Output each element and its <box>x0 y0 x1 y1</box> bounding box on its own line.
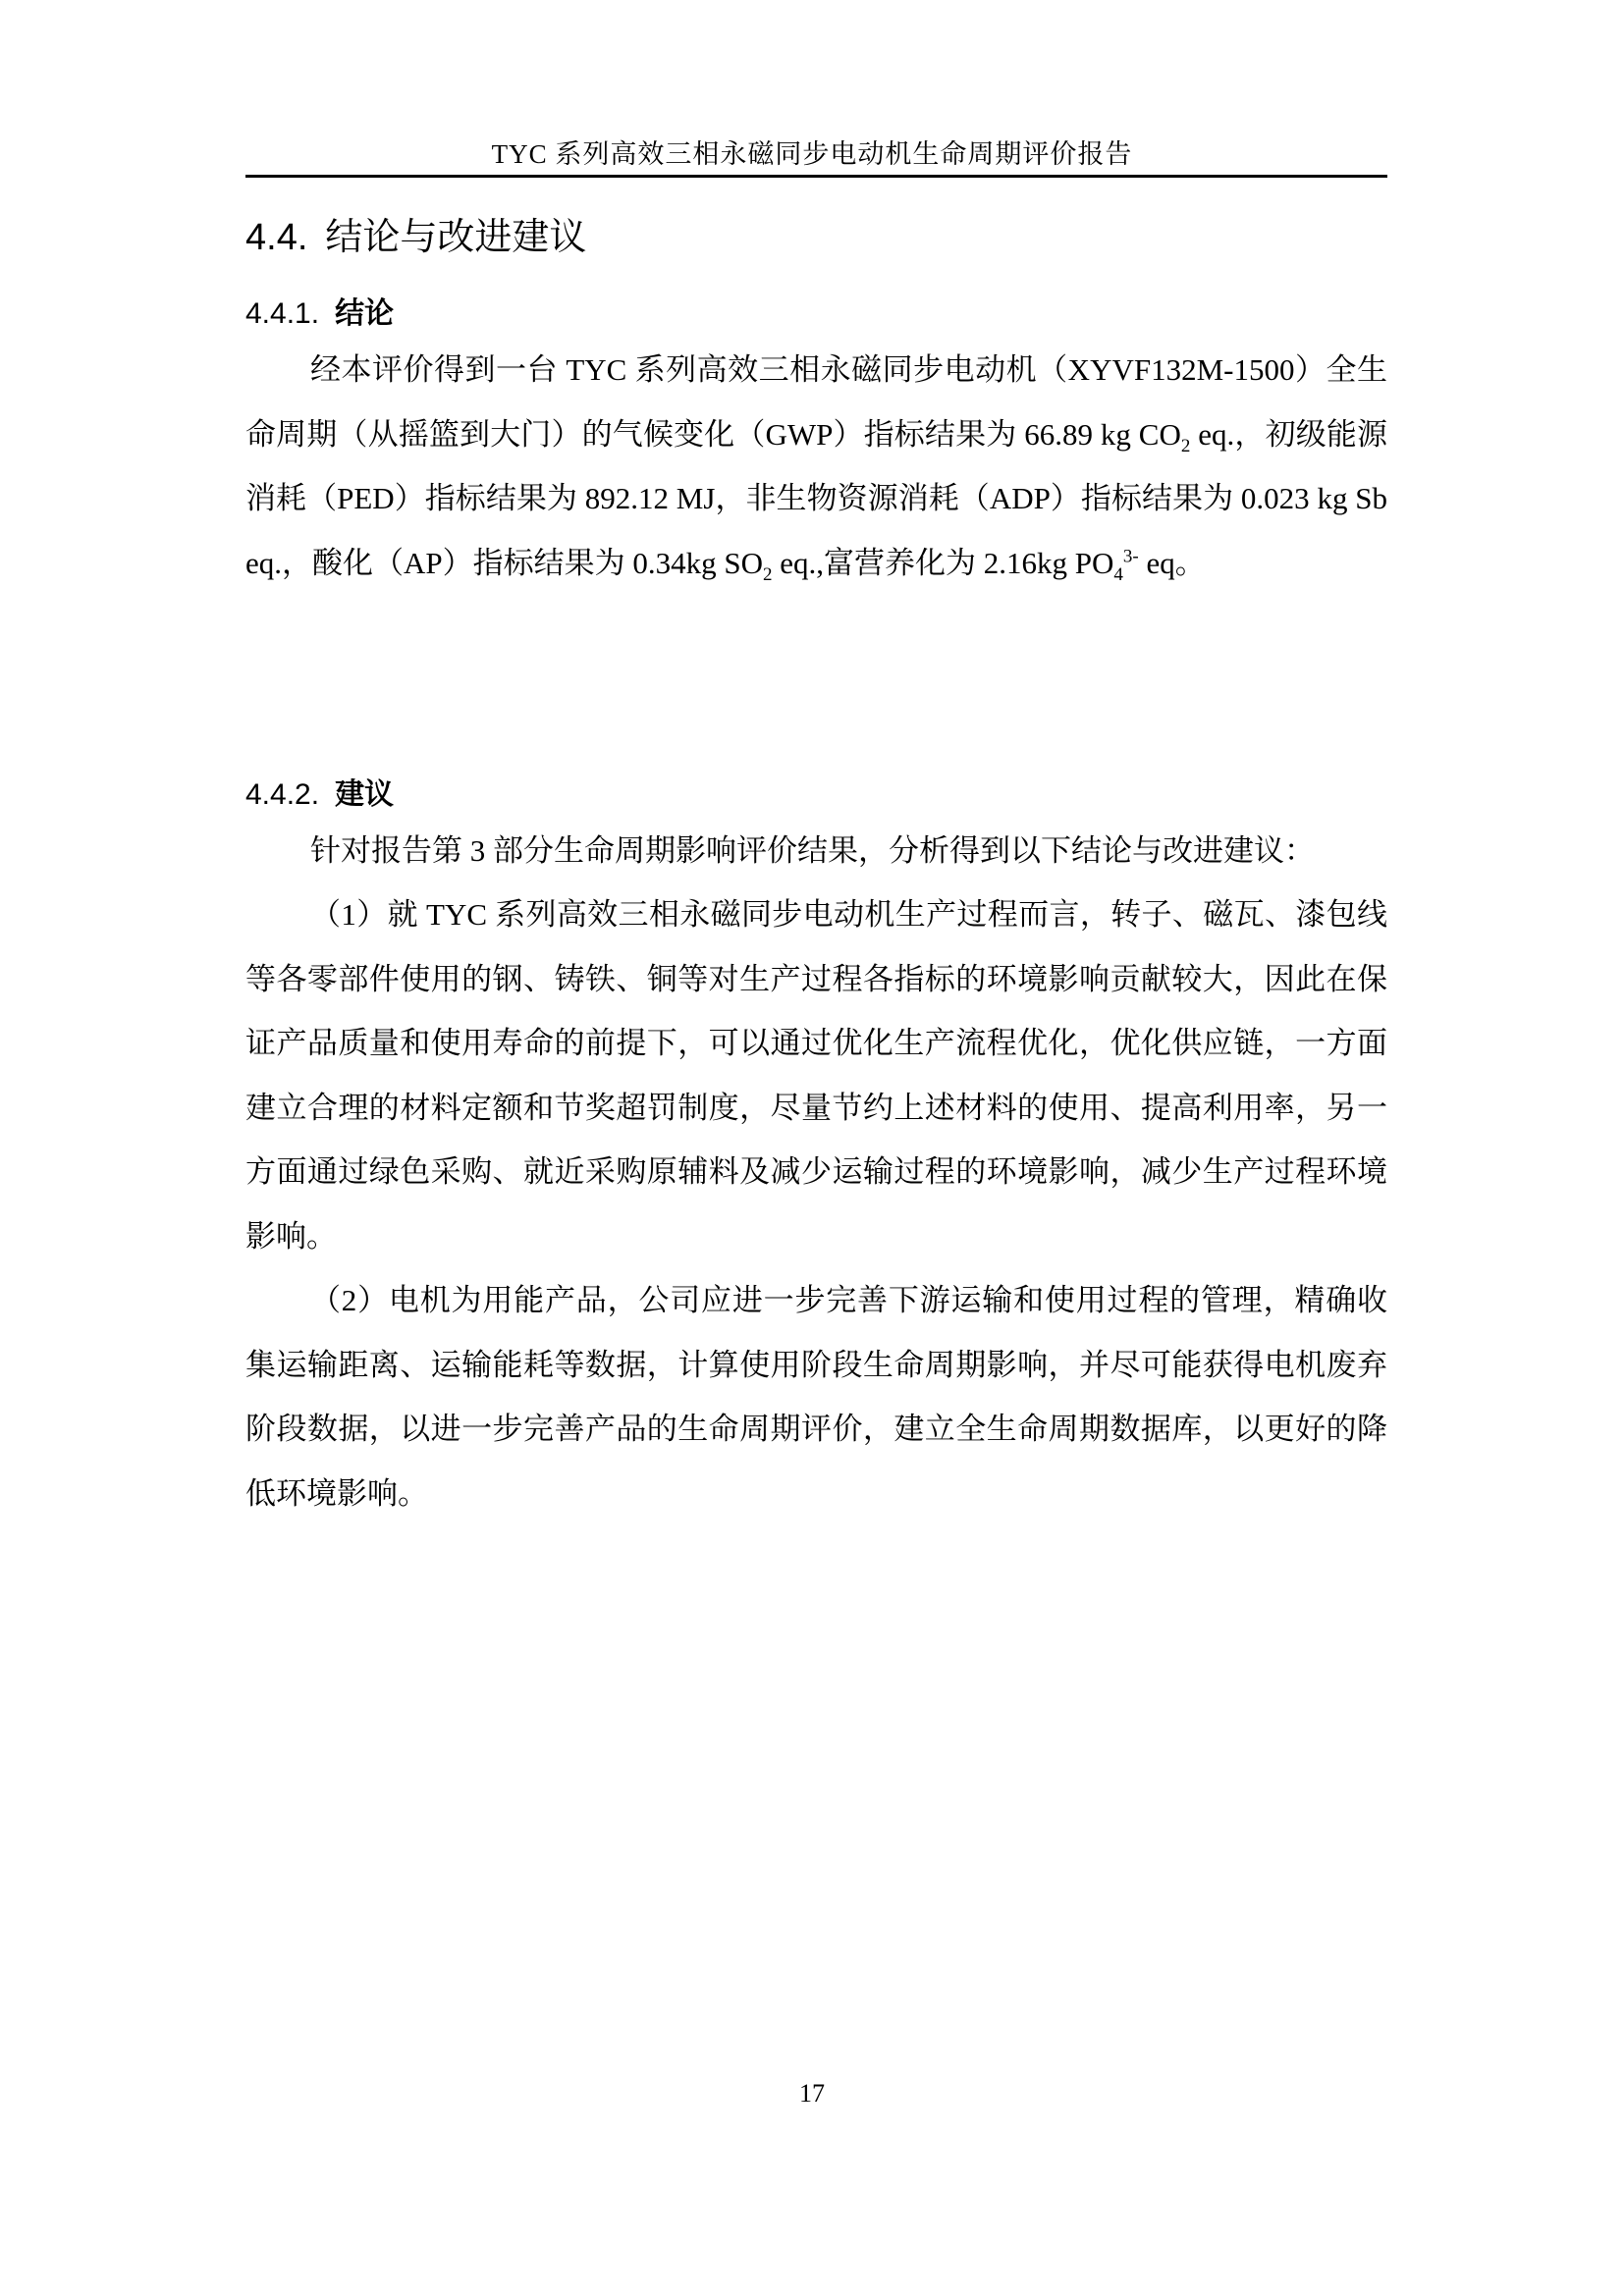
suggestion-paragraph-1: （1）就 TYC 系列高效三相永磁同步电动机生产过程而言，转子、磁瓦、漆包线等各… <box>245 882 1387 1268</box>
subscript: 2 <box>1181 436 1191 456</box>
subsection-heading-conclusion: 4.4.1.结论 <box>245 294 394 334</box>
section-title: 结论与改进建议 <box>325 217 586 258</box>
subsection-number: 4.4.1. <box>245 297 319 330</box>
suggestion-intro-paragraph: 针对报告第 3 部分生命周期影响评价结果，分析得到以下结论与改进建议： <box>245 819 1387 883</box>
text-run: eq.,富营养化为 2.16kg PO <box>773 546 1114 580</box>
header-divider <box>245 175 1387 178</box>
text-run: eq。 <box>1139 546 1206 580</box>
subsection-title: 建议 <box>335 778 394 811</box>
section-heading: 4.4.结论与改进建议 <box>245 214 586 261</box>
subsection-heading-suggestions: 4.4.2.建议 <box>245 775 394 815</box>
suggestion-paragraph-2: （2）电机为用能产品，公司应进一步完善下游运输和使用过程的管理，精确收集运输距离… <box>245 1268 1387 1525</box>
subscript: 2 <box>763 564 773 585</box>
page-number: 17 <box>0 2079 1624 2109</box>
section-number: 4.4. <box>245 217 307 258</box>
running-header-title: TYC 系列高效三相永磁同步电动机生命周期评价报告 <box>0 137 1624 171</box>
superscript: 3- <box>1123 546 1139 566</box>
conclusion-paragraph: 经本评价得到一台 TYC 系列高效三相永磁同步电动机（XYVF132M-1500… <box>245 338 1387 595</box>
subsection-title: 结论 <box>335 297 394 330</box>
subscript: 4 <box>1113 564 1123 585</box>
subsection-number: 4.4.2. <box>245 778 319 811</box>
